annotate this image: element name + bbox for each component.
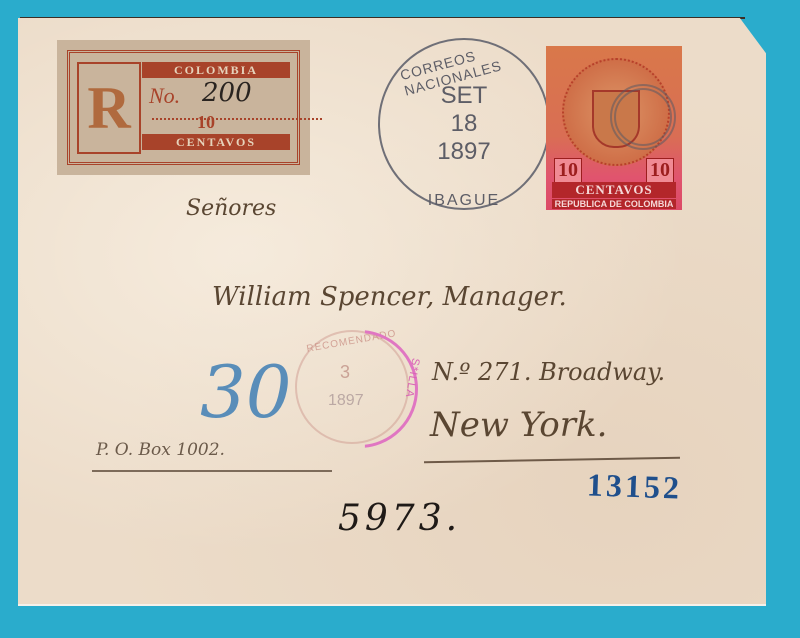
registration-country: COLOMBIA xyxy=(142,62,290,78)
po-box-underline xyxy=(92,470,332,472)
po-box: P. O. Box 1002. xyxy=(96,440,225,460)
cancellation-mark xyxy=(610,84,676,150)
ornament-divider xyxy=(152,118,322,122)
postmark-town: IBAGUE xyxy=(380,192,548,210)
registration-number-handwritten: 200 xyxy=(202,78,252,108)
registration-letter-box: R xyxy=(77,62,141,154)
ibague-postmark: CORREOS NACIONALES SET 18 1897 IBAGUE xyxy=(378,38,550,210)
city: New York. xyxy=(430,405,607,445)
salutation: Señores xyxy=(186,196,276,221)
addressee: William Spencer, Manager. xyxy=(212,282,567,312)
postmark-year: 1897 xyxy=(380,138,548,166)
postmark-day: 18 xyxy=(380,110,548,138)
faint-transit-day: 3 xyxy=(340,362,350,383)
street-address: N.º 271. Broadway. xyxy=(432,358,665,386)
registration-label: R COLOMBIA No. 200 10 CENTAVOS xyxy=(57,40,310,175)
registration-value: 10 xyxy=(197,112,215,133)
registration-number-prefix: No. xyxy=(149,83,180,109)
stamp-value-right: 10 xyxy=(646,158,674,183)
stamp-country: REPUBLICA DE COLOMBIA xyxy=(552,199,676,209)
postmark-month: SET xyxy=(380,82,548,110)
registration-letter: R xyxy=(87,74,130,143)
stamp-denomination: CENTAVOS xyxy=(552,182,676,198)
registration-currency: CENTAVOS xyxy=(142,134,290,150)
stamp-value-left: 10 xyxy=(554,158,582,183)
pencil-number: 5973. xyxy=(338,498,461,539)
blue-registration-number: 13152 xyxy=(586,466,682,506)
postage-stamp: 10 10 CENTAVOS REPUBLICA DE COLOMBIA xyxy=(546,46,682,210)
blue-crayon-marking: 30 xyxy=(200,350,292,434)
faint-transit-year: 1897 xyxy=(328,392,364,410)
